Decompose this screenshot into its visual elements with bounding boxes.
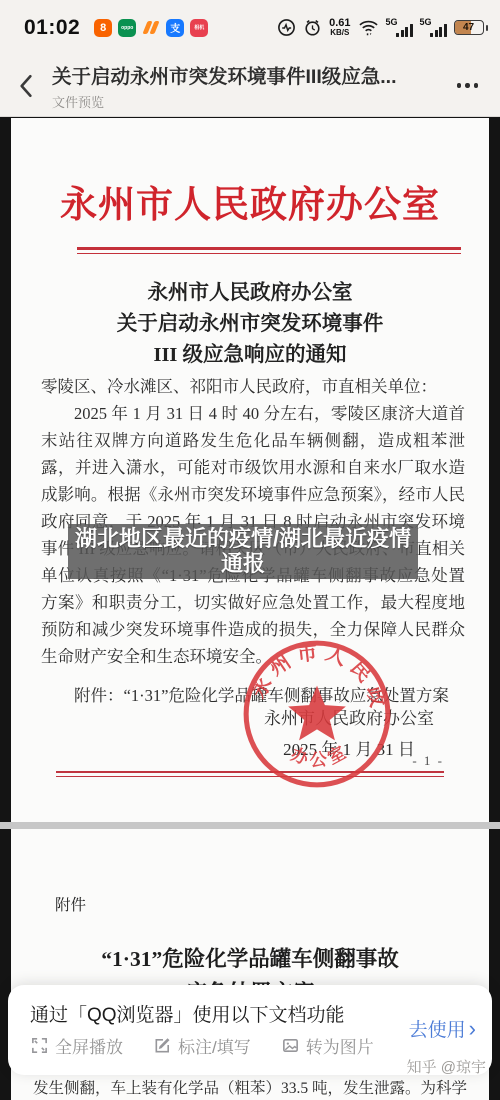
feature-row: 全屏播放 标注/填写 转为图片 xyxy=(30,1033,374,1058)
watermark: 知乎 @琼宇 xyxy=(407,1056,486,1077)
battery-percent: 47 xyxy=(455,21,483,34)
attachment-label: 附件 xyxy=(55,893,86,915)
letterhead-title: 永州市人民政府办公室 xyxy=(11,174,489,228)
recipients-line: 零陵区、冷水滩区、祁阳市人民政府，市直相关单位： xyxy=(41,373,465,400)
orange-slash-app-icon xyxy=(142,19,160,37)
annotate-icon xyxy=(153,1036,172,1055)
more-options-icon[interactable] xyxy=(457,83,479,88)
annotate-fill-button[interactable]: 标注/填写 xyxy=(153,1033,251,1058)
feature-label: 转为图片 xyxy=(306,1033,374,1058)
convert-to-image-button[interactable]: 转为图片 xyxy=(281,1033,374,1058)
battery-nub xyxy=(486,25,489,31)
kuaishou-app-icon: 8 xyxy=(94,19,112,37)
page2-body-line: 发生侧翻，车上装有化学品（粗苯）33.5 吨，发生泄露。为科学 xyxy=(11,1076,489,1098)
document-page-1[interactable]: 永州市人民政府办公室 永州市人民政府办公室 关于启动永州市突发环境事件 III … xyxy=(11,118,489,822)
fullscreen-play-button[interactable]: 全屏播放 xyxy=(30,1033,123,1058)
document-title: 关于启动永州市突发环境事件III级应急... xyxy=(52,61,451,89)
caption-line2: 通报 xyxy=(70,551,416,576)
fullscreen-icon xyxy=(30,1036,49,1055)
green-app-icon: oppo xyxy=(118,19,136,37)
page-divider xyxy=(0,822,500,829)
nav-bar: 关于启动永州市突发环境事件III级应急... 文件预览 xyxy=(0,55,500,117)
doc-title-line: III 级应急响应的通知 xyxy=(11,340,489,371)
official-seal: 永州市人民政府 办公室 xyxy=(236,633,398,795)
back-icon[interactable] xyxy=(16,73,36,99)
attachment-title-line1: “1·31”危险化学品罐车侧翻事故 xyxy=(11,942,489,973)
sheet-title: 通过「QQ浏览器」使用以下文档功能 xyxy=(30,1000,345,1027)
seal-star xyxy=(288,686,346,741)
feature-label: 标注/填写 xyxy=(178,1033,251,1058)
notification-app-icons: 8 oppo 支 相机 xyxy=(94,19,208,37)
alipay-app-icon: 支 xyxy=(166,19,184,37)
signal-5g-icon: 5G xyxy=(420,17,447,39)
letterhead-rule xyxy=(77,247,461,254)
phone-screen: 01:02 8 oppo 支 相机 0.61 KB/S xyxy=(0,0,500,1100)
to-image-icon xyxy=(281,1036,300,1055)
doc-title-block: 永州市人民政府办公室 关于启动永州市突发环境事件 III 级应急响应的通知 xyxy=(11,278,489,371)
caption-overlay: 湖北地区最近的疫情/湖北最近疫情 通报 xyxy=(68,524,418,579)
wifi-icon xyxy=(358,18,379,37)
chevron-right-icon: › xyxy=(469,1018,476,1040)
red-app-icon: 相机 xyxy=(190,19,208,37)
doc-title-line: 永州市人民政府办公室 xyxy=(11,278,489,309)
nav-titles: 关于启动永州市突发环境事件III级应急... 文件预览 xyxy=(52,61,451,111)
file-preview-label: 文件预览 xyxy=(52,92,451,111)
battery-icon: 47 xyxy=(454,20,484,35)
caption-line1: 湖北地区最近的疫情/湖北最近疫情 xyxy=(70,526,416,551)
go-use-button[interactable]: 去使用 › xyxy=(409,1015,476,1042)
signal-5g-icon: 5G xyxy=(386,17,413,39)
status-right-cluster: 0.61 KB/S 5G 5G 47 xyxy=(277,17,488,39)
doc-title-line: 关于启动永州市突发环境事件 xyxy=(11,309,489,340)
feature-label: 全屏播放 xyxy=(55,1033,123,1058)
status-bar: 01:02 8 oppo 支 相机 0.61 KB/S xyxy=(0,0,500,55)
go-use-label: 去使用 xyxy=(409,1015,466,1042)
network-speed: 0.61 KB/S xyxy=(329,18,350,38)
alarm-icon xyxy=(303,18,322,37)
svg-text:办公室: 办公室 xyxy=(288,740,352,770)
seal-text-bottom: 办公室 xyxy=(288,740,352,770)
pulse-icon xyxy=(277,18,296,37)
clock-time: 01:02 xyxy=(24,16,80,40)
